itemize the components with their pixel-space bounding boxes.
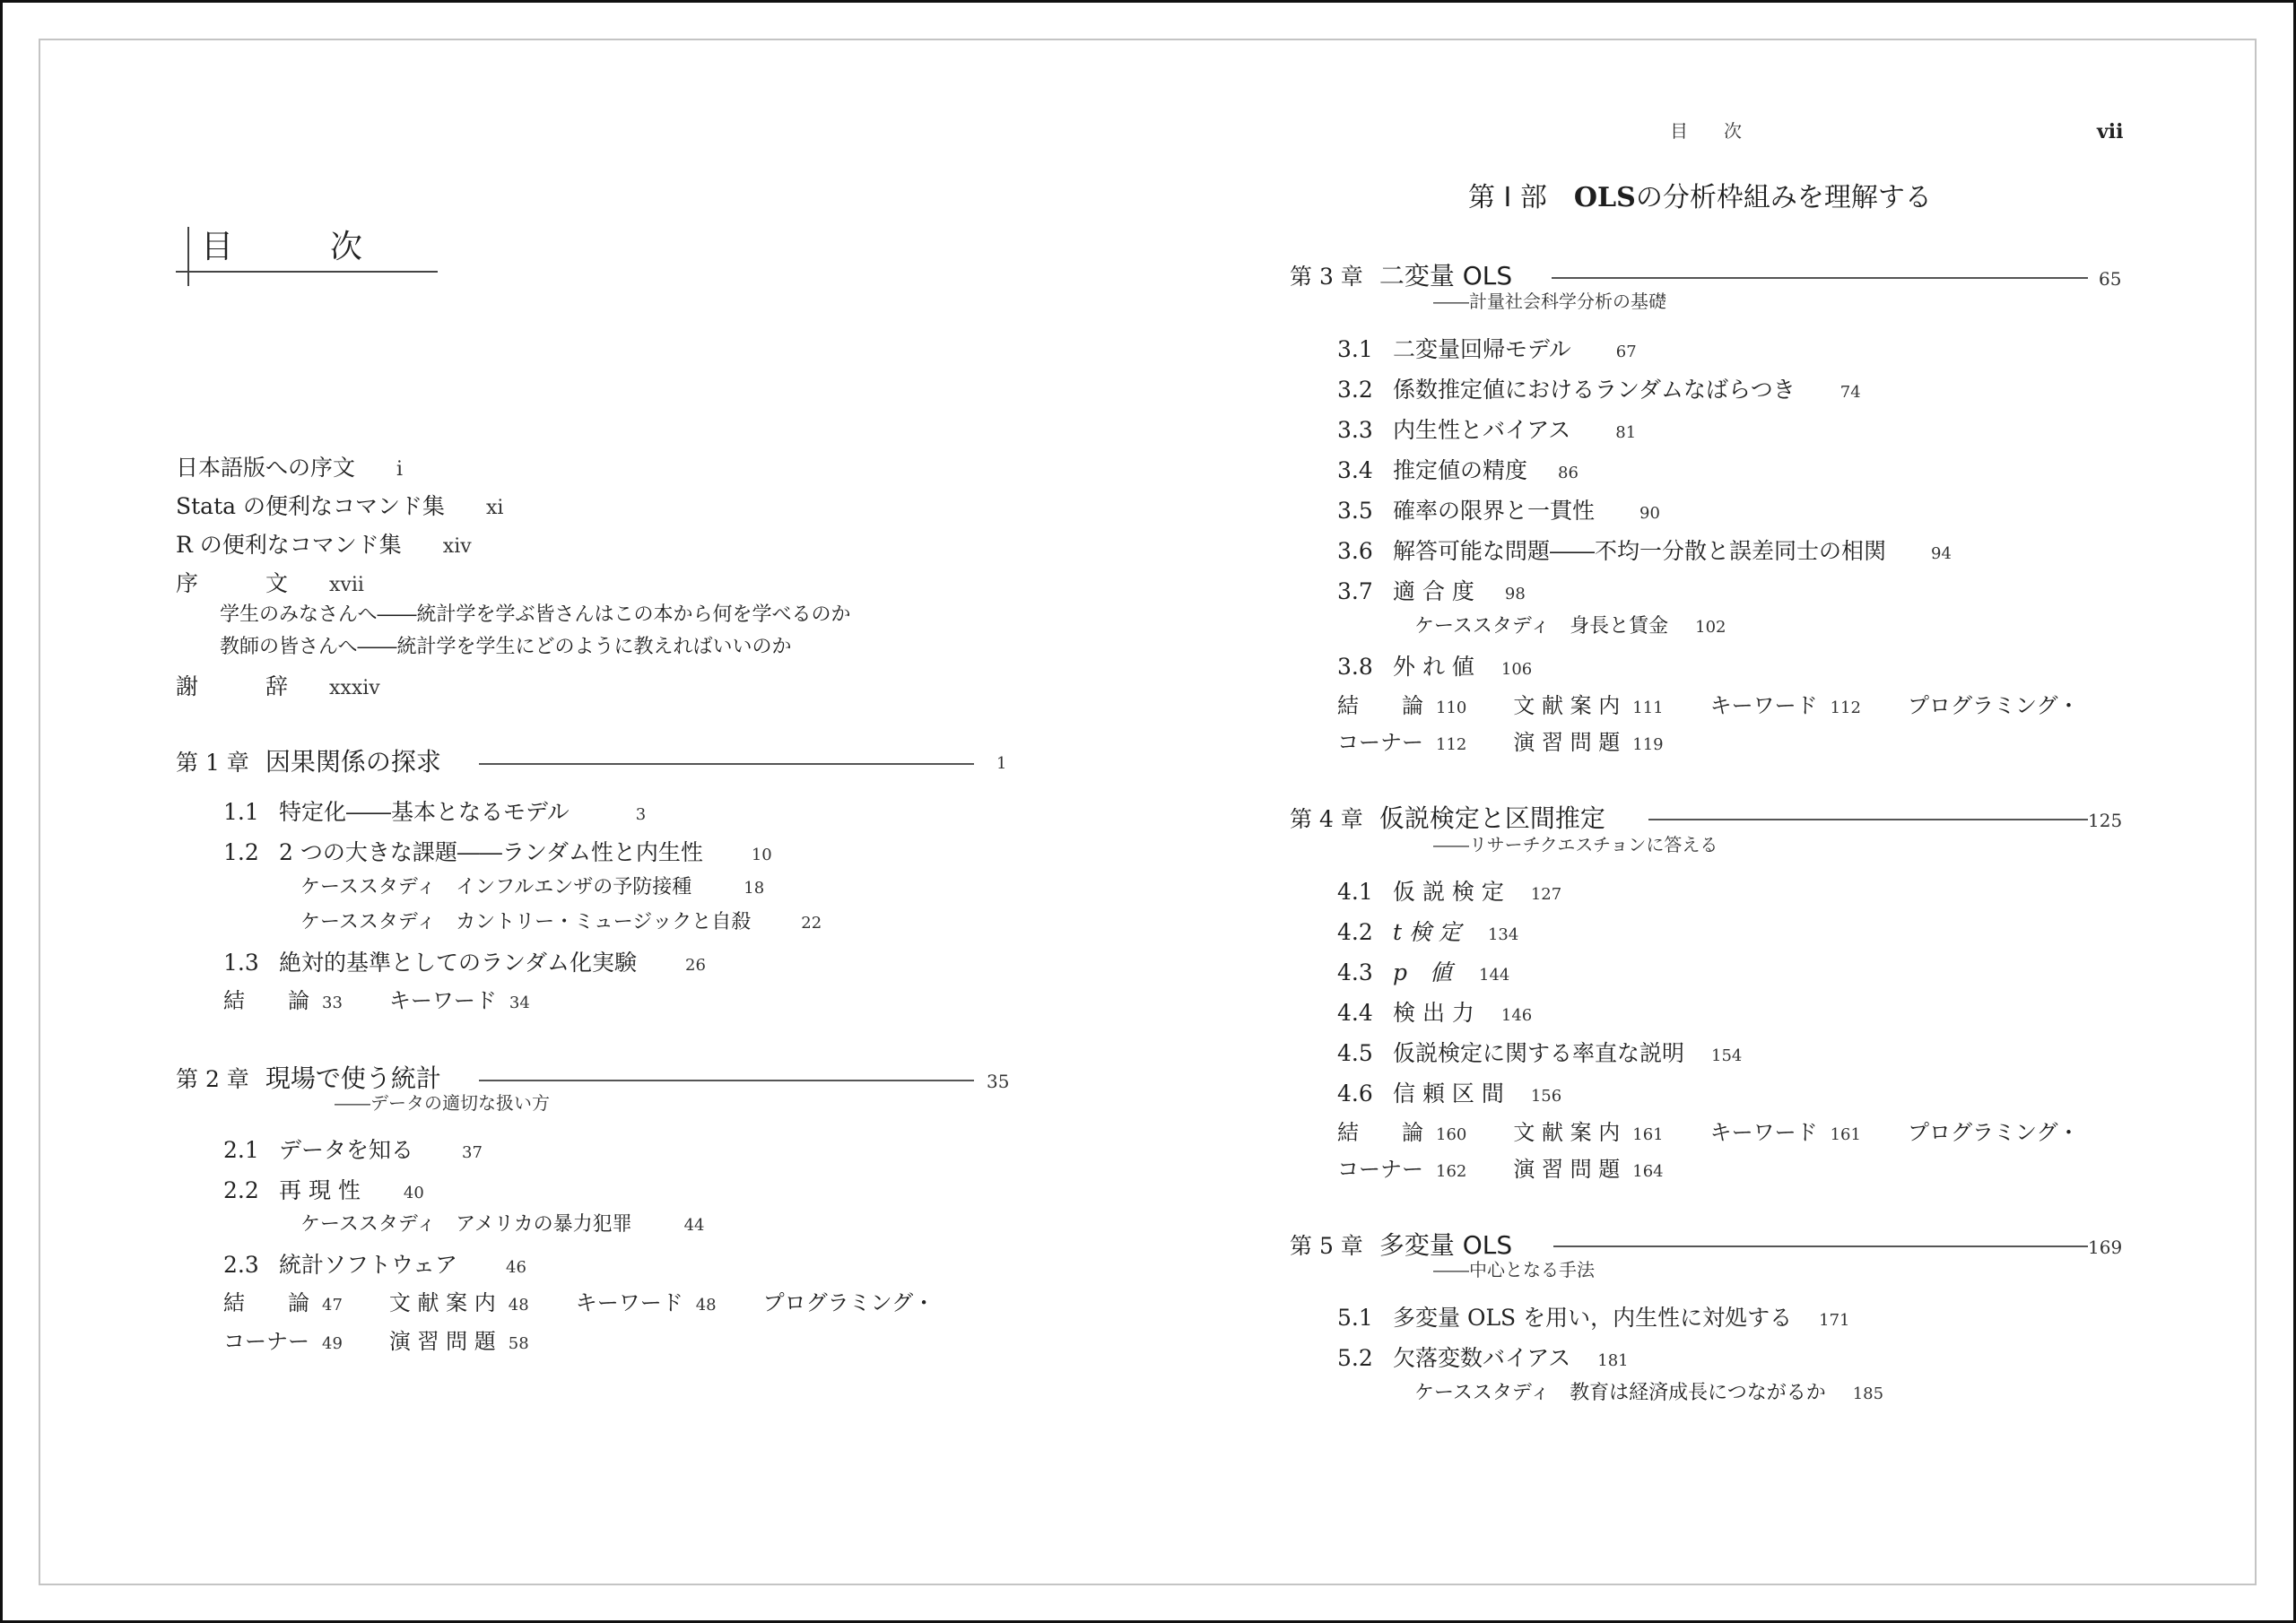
- page-number: 111: [1632, 699, 1663, 717]
- section-number: 4.4: [1337, 1002, 1393, 1024]
- section-item[interactable]: 2.2再 現 性40: [223, 1179, 424, 1202]
- section-item[interactable]: 1.22 つの大きな課題――ランダム性と内生性10: [223, 841, 772, 864]
- section-title: 解答可能な問題――不均一分散と誤差同士の相関: [1393, 538, 1886, 564]
- page-number: 67: [1616, 343, 1637, 361]
- front-matter-label: Stata の便利なコマンド集: [176, 493, 445, 519]
- chapter-subtitle: ――計量社会科学分析の基礎: [1433, 292, 1666, 310]
- chapter-heading[interactable]: 第 4 章仮説検定と区間推定: [1290, 806, 1605, 831]
- section-item[interactable]: 4.2t 検 定134: [1337, 921, 1518, 943]
- section-number: 3.3: [1337, 419, 1393, 441]
- section-title: 絶対的基準としてのランダム化実験: [279, 950, 637, 976]
- section-title: 推定値の精度: [1393, 457, 1527, 483]
- chapter-heading[interactable]: 第 5 章多変量 OLS: [1290, 1233, 1512, 1258]
- page-number: xiv: [443, 535, 472, 558]
- section-item[interactable]: 5.1多変量 OLS を用い，内生性に対処する171: [1337, 1306, 1849, 1329]
- tail-item-label[interactable]: 結 論: [1337, 693, 1423, 718]
- section-item[interactable]: 5.2欠落変数バイアス181: [1337, 1347, 1629, 1369]
- tail-item-label[interactable]: 演 習 問 題: [389, 1329, 496, 1354]
- section-number: 3.1: [1337, 338, 1393, 360]
- leader-line: [1553, 1245, 2088, 1247]
- section-title: 確率の限界と一貫性: [1393, 498, 1595, 524]
- tail-item-label[interactable]: プログラミング・: [1908, 1120, 2080, 1145]
- page-number: 156: [1531, 1087, 1561, 1106]
- chapter-tail-line: コーナー162演 習 問 題164: [1337, 1159, 1710, 1180]
- title-vertical-rule: [187, 227, 189, 286]
- page-number: 86: [1558, 464, 1578, 482]
- front-matter-label: 教師の皆さんへ――統計学を学生にどのように教えればいいのか: [220, 636, 792, 658]
- section-title: 信 頼 区 間: [1393, 1081, 1504, 1107]
- page-number: 18: [744, 879, 764, 898]
- tail-item-label[interactable]: キーワード: [1710, 1120, 1818, 1145]
- tail-item-label[interactable]: 文 献 案 内: [389, 1290, 496, 1315]
- part-title-ols: OLS: [1574, 182, 1636, 213]
- section-item[interactable]: 3.4推定値の精度86: [1337, 459, 1578, 482]
- case-study-item[interactable]: ケーススタディ カントリー・ミュージックと自殺22: [300, 913, 822, 933]
- page-number: 3: [636, 805, 646, 824]
- chapter-tail-line: コーナー49演 習 問 題58: [223, 1331, 576, 1352]
- tail-item-label[interactable]: キーワード: [576, 1290, 683, 1315]
- chapter-page-number: 65: [2099, 270, 2121, 288]
- front-matter-label: R の便利なコマンド集: [176, 532, 402, 558]
- section-item[interactable]: 2.1データを知る37: [223, 1139, 483, 1161]
- tail-item-label[interactable]: 演 習 問 題: [1513, 1157, 1620, 1182]
- section-number: 4.6: [1337, 1082, 1393, 1105]
- chapter-subtitle: ――リサーチクエスチョンに答える: [1433, 836, 1718, 854]
- section-item[interactable]: 3.7適 合 度98: [1337, 580, 1526, 603]
- chapter-tail-line: 結 論33キーワード34: [223, 990, 577, 1011]
- tail-item-label[interactable]: キーワード: [389, 988, 497, 1013]
- front-matter-item[interactable]: Stata の便利なコマンド集xi: [176, 495, 503, 518]
- chapter-tail-line: 結 論160文 献 案 内161キーワード161プログラミング・: [1337, 1122, 2080, 1143]
- chapter-tail-line: 結 論47文 献 案 内48キーワード48プログラミング・: [223, 1292, 935, 1314]
- front-matter-item[interactable]: R の便利なコマンド集xiv: [176, 534, 472, 557]
- page-number: 112: [1436, 735, 1466, 754]
- case-study-item[interactable]: ケーススタディ 教育は経済成長につながるか185: [1414, 1384, 1883, 1403]
- page-number: 160: [1436, 1125, 1466, 1144]
- tail-item-label[interactable]: 結 論: [223, 988, 309, 1013]
- front-matter-item[interactable]: 日本語版への序文i: [176, 456, 403, 480]
- section-number: 3.7: [1337, 580, 1393, 603]
- chapter-title: 因果関係の探求: [265, 747, 441, 777]
- page-number: 74: [1840, 383, 1861, 402]
- page-number: i: [396, 458, 403, 481]
- page-number: 46: [506, 1258, 526, 1277]
- section-title: 再 現 性: [279, 1177, 361, 1203]
- chapter-heading[interactable]: 第 2 章現場で使う統計: [176, 1066, 441, 1091]
- section-number: 4.3: [1337, 961, 1393, 984]
- page-number: 44: [684, 1216, 705, 1235]
- page-number: 181: [1597, 1351, 1628, 1370]
- front-matter-item[interactable]: 序 文xvii: [176, 572, 364, 595]
- page-number: 164: [1632, 1162, 1663, 1181]
- chapter-number: 第 4 章: [1290, 806, 1363, 832]
- page-number: 161: [1632, 1125, 1663, 1144]
- tail-item-label[interactable]: プログラミング・: [1908, 693, 2080, 718]
- section-number: 1.3: [223, 951, 279, 974]
- section-title: 2 つの大きな課題――ランダム性と内生性: [279, 839, 703, 865]
- front-matter-subitem[interactable]: 学生のみなさんへ――統計学を学ぶ皆さんはこの本から何を学べるのか: [220, 605, 851, 625]
- leader-line: [479, 1080, 974, 1081]
- case-study-title: ケーススタディ カントリー・ミュージックと自殺: [300, 911, 751, 933]
- section-item[interactable]: 4.5仮説検定に関する率直な説明154: [1337, 1042, 1742, 1064]
- chapter-subtitle: ――データの適切な扱い方: [335, 1094, 550, 1112]
- chapter-heading[interactable]: 第 1 章因果関係の探求: [176, 750, 441, 775]
- page-number: 34: [509, 994, 530, 1012]
- section-title: データを知る: [279, 1137, 413, 1163]
- section-title: 適 合 度: [1393, 578, 1474, 604]
- case-study-title: ケーススタディ インフルエンザの予防接種: [300, 876, 691, 898]
- section-item[interactable]: 3.6解答可能な問題――不均一分散と誤差同士の相関94: [1337, 540, 1952, 562]
- page-number: 110: [1436, 699, 1466, 717]
- section-number: 3.2: [1337, 378, 1393, 401]
- front-matter-label: 序 文: [176, 570, 288, 596]
- section-item[interactable]: 3.1二変量回帰モデル67: [1337, 338, 1637, 360]
- section-item[interactable]: 1.1特定化――基本となるモデル3: [223, 801, 646, 823]
- page-number: 119: [1632, 735, 1663, 754]
- page-number: 81: [1615, 423, 1636, 442]
- part-title-rest: の分析枠組みを理解する: [1636, 182, 1932, 213]
- chapter-title: 二変量 OLS: [1379, 261, 1512, 291]
- title-horizontal-rule: [176, 271, 438, 273]
- section-item[interactable]: 3.5確率の限界と一貫性90: [1337, 499, 1660, 522]
- section-title: p 値: [1393, 959, 1452, 985]
- chapter-page-number: 169: [2088, 1238, 2122, 1256]
- page-number: 98: [1505, 585, 1526, 603]
- chapter-tail-line: コーナー112演 習 問 題119: [1337, 732, 1710, 753]
- section-item[interactable]: 4.1仮 説 検 定127: [1337, 881, 1561, 903]
- tail-item-label[interactable]: 結 論: [1337, 1120, 1423, 1145]
- chapter-page-number: 125: [2088, 811, 2122, 829]
- part-title: 第 I 部OLSの分析枠組みを理解する: [1468, 185, 1932, 212]
- section-title: 仮説検定に関する率直な説明: [1393, 1040, 1684, 1066]
- tail-item-label[interactable]: 演 習 問 題: [1513, 730, 1620, 755]
- page-number: xvii: [329, 574, 364, 596]
- section-item[interactable]: 1.3絶対的基準としてのランダム化実験26: [223, 951, 706, 974]
- section-number: 1.2: [223, 841, 279, 864]
- front-matter-label: 謝 辞: [176, 673, 288, 699]
- case-study-title: ケーススタディ 教育は経済成長につながるか: [1414, 1382, 1826, 1404]
- tail-item-label[interactable]: コーナー: [1337, 1157, 1423, 1182]
- front-matter-item[interactable]: 謝 辞xxxiv: [176, 675, 380, 699]
- section-number: 2.2: [223, 1179, 279, 1202]
- page-number: 154: [1711, 1046, 1742, 1065]
- page-number: 162: [1436, 1162, 1466, 1181]
- section-title: 検 出 力: [1393, 1000, 1474, 1026]
- page-number: 22: [801, 914, 822, 933]
- section-title: 係数推定値におけるランダムなばらつき: [1393, 377, 1796, 403]
- page-number: 112: [1831, 699, 1861, 717]
- section-title: 欠落変数バイアス: [1393, 1345, 1570, 1371]
- section-title: 外 れ 値: [1393, 654, 1474, 680]
- case-study-title: ケーススタディ アメリカの暴力犯罪: [300, 1213, 632, 1236]
- chapter-number: 第 3 章: [1290, 264, 1363, 290]
- page-number: 37: [462, 1143, 483, 1162]
- section-item[interactable]: 3.3内生性とバイアス81: [1337, 419, 1636, 441]
- section-number: 2.3: [223, 1254, 279, 1276]
- chapter-page-number: 1: [996, 756, 1006, 772]
- front-matter-label: 学生のみなさんへ――統計学を学ぶ皆さんはこの本から何を学べるのか: [220, 603, 851, 626]
- tail-item-label[interactable]: 結 論: [223, 1290, 309, 1315]
- chapter-number: 第 2 章: [176, 1066, 249, 1092]
- case-study-item[interactable]: ケーススタディ インフルエンザの予防接種18: [300, 878, 764, 898]
- chapter-title: 仮説検定と区間推定: [1379, 803, 1605, 833]
- section-item[interactable]: 2.3統計ソフトウェア46: [223, 1254, 526, 1276]
- section-item[interactable]: 4.6信 頼 区 間156: [1337, 1082, 1561, 1105]
- page-number: 161: [1831, 1125, 1861, 1144]
- front-matter-label: 日本語版への序文: [176, 455, 355, 481]
- page-number: 47: [322, 1296, 343, 1315]
- leader-line: [1552, 277, 2088, 279]
- part-number: 第 I 部: [1468, 182, 1547, 213]
- chapter-tail-line: 結 論110文 献 案 内111キーワード112プログラミング・: [1337, 695, 2080, 716]
- page-number: xxxiv: [329, 677, 380, 699]
- section-number: 3.8: [1337, 655, 1393, 678]
- chapter-title: 多変量 OLS: [1379, 1230, 1512, 1260]
- section-item[interactable]: 3.2係数推定値におけるランダムなばらつき74: [1337, 378, 1861, 401]
- page-number: 185: [1853, 1384, 1883, 1403]
- section-title: t 検 定: [1393, 919, 1461, 945]
- tail-item-label[interactable]: プログラミング・: [763, 1290, 935, 1315]
- section-number: 3.5: [1337, 499, 1393, 522]
- page-number: 26: [685, 956, 706, 975]
- tail-item-label[interactable]: 文 献 案 内: [1513, 693, 1620, 718]
- case-study-item[interactable]: ケーススタディ 身長と賃金102: [1414, 617, 1726, 637]
- page-number: 10: [752, 846, 772, 864]
- case-study-title: ケーススタディ 身長と賃金: [1414, 615, 1668, 638]
- tail-item-label[interactable]: 文 献 案 内: [1513, 1120, 1620, 1145]
- section-number: 4.1: [1337, 881, 1393, 903]
- toc-title: 目 次: [201, 231, 362, 264]
- section-number: 3.6: [1337, 540, 1393, 562]
- chapter-page-number: 35: [987, 1072, 1009, 1090]
- section-number: 4.5: [1337, 1042, 1393, 1064]
- page-number: 48: [696, 1296, 717, 1315]
- chapter-title: 現場で使う統計: [265, 1063, 441, 1093]
- section-title: 仮 説 検 定: [1393, 879, 1504, 905]
- page-number: 106: [1501, 660, 1532, 679]
- case-study-item[interactable]: ケーススタディ アメリカの暴力犯罪44: [300, 1215, 705, 1235]
- page-number: 171: [1819, 1311, 1849, 1330]
- section-number: 4.2: [1337, 921, 1393, 943]
- chapter-subtitle: ――中心となる手法: [1433, 1261, 1595, 1279]
- front-matter-subitem[interactable]: 教師の皆さんへ――統計学を学生にどのように教えればいいのか: [220, 638, 792, 657]
- section-item[interactable]: 3.8外 れ 値106: [1337, 655, 1532, 678]
- chapter-number: 第 1 章: [176, 750, 249, 776]
- tail-item-label[interactable]: キーワード: [1710, 693, 1818, 718]
- page-number: xi: [486, 497, 503, 519]
- section-number: 5.2: [1337, 1347, 1393, 1369]
- page-number: 127: [1531, 885, 1561, 904]
- page-number: 90: [1639, 504, 1660, 523]
- section-number: 2.1: [223, 1139, 279, 1161]
- leader-line: [1648, 819, 2088, 820]
- section-title: 統計ソフトウェア: [279, 1252, 457, 1278]
- page-number: 48: [509, 1296, 529, 1315]
- page-folio: vii: [2097, 122, 2124, 142]
- page-number: 33: [322, 994, 343, 1012]
- section-item[interactable]: 4.4検 出 力146: [1337, 1002, 1532, 1024]
- section-item[interactable]: 4.3p 値144: [1337, 961, 1509, 984]
- tail-item-label[interactable]: コーナー: [223, 1329, 309, 1354]
- page-number: 102: [1695, 618, 1726, 637]
- section-number: 3.4: [1337, 459, 1393, 482]
- page-number: 144: [1479, 966, 1509, 985]
- leader-line: [479, 763, 974, 765]
- page-number: 40: [404, 1184, 424, 1202]
- section-number: 5.1: [1337, 1306, 1393, 1329]
- section-title: 二変量回帰モデル: [1393, 336, 1571, 362]
- section-number: 1.1: [223, 801, 279, 823]
- page-number: 146: [1501, 1006, 1532, 1025]
- chapter-number: 第 5 章: [1290, 1233, 1363, 1259]
- section-title: 特定化――基本となるモデル: [279, 799, 570, 825]
- page-number: 134: [1488, 925, 1518, 944]
- chapter-heading[interactable]: 第 3 章二変量 OLS: [1290, 264, 1512, 289]
- page-number: 58: [509, 1334, 529, 1353]
- section-title: 多変量 OLS を用い，内生性に対処する: [1393, 1305, 1792, 1331]
- tail-item-label[interactable]: コーナー: [1337, 730, 1423, 755]
- running-head: 目 次: [1670, 122, 1742, 140]
- section-title: 内生性とバイアス: [1393, 417, 1570, 443]
- page-number: 94: [1931, 544, 1952, 563]
- page-number: 49: [322, 1334, 343, 1353]
